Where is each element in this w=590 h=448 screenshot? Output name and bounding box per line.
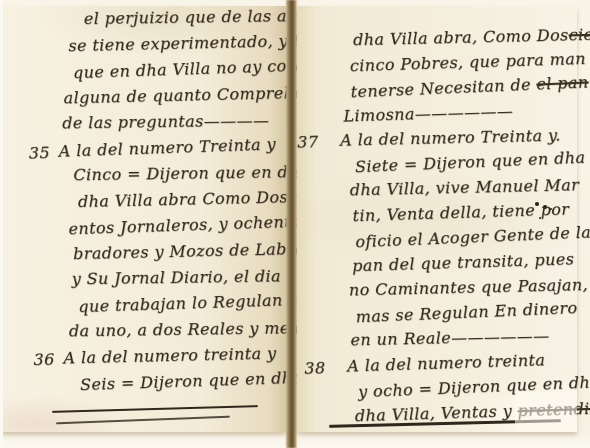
line-text: A la del numero Treinta y. [340,126,561,150]
paper-highlight [515,392,577,432]
left-page: el perjuizio que de las aguasse tiene ex… [2,6,286,432]
struck-text: cientos [568,24,590,44]
entry-number-36: 36 [33,350,55,369]
manuscript-line: Seis = Dijeron que en dha [80,368,283,401]
manuscript-scan: el perjuizio que de las aguasse tiene ex… [0,0,590,448]
entry-number-37: 37 [297,132,319,151]
entry-number-35: 35 [28,143,50,163]
right-page: dha Villa abra, Como Doscientoscinco Pob… [297,6,577,432]
manuscript-line: Cinco = Dijeron que en dha [73,162,277,191]
line-text: dha Villa, vive Manuel Mar [350,175,580,199]
ink-rule [52,405,258,413]
line-text: A la del numero treinta y [63,344,276,368]
manuscript-line: el perjuizio que de las aguas [84,6,274,35]
struck-text: el pan [536,72,589,93]
left-page-text: el perjuizio que de las aguasse tiene ex… [56,6,283,401]
scan-edge [0,0,3,448]
line-text: dha Villa abra Como Dosci [78,187,303,211]
manuscript-line: bradores y Mozos de Labranza, [73,240,280,271]
line-text: dha Villa abra, Como Dos [353,25,569,49]
line-text: Limosna—————— [343,101,513,125]
manuscript-line: da uno, a dos Reales y medio— [69,318,281,347]
line-text: no Caminantes que Pasajan, [349,275,589,299]
line-text: y Su Jornal Diario, el dia [72,266,281,288]
entry-number-38: 38 [304,358,326,378]
right-page-text: dha Villa abra, Como Doscientoscinco Pob… [337,25,575,432]
ink-dots [535,202,539,206]
line-text: de las preguntas———— [62,111,269,133]
line-text: Cinco = Dijeron que en dha [73,162,309,184]
book-gutter [286,0,297,448]
line-text: en un Reale—————— [350,326,549,350]
manuscript-line: alguna de quanto Comprehen [63,84,276,115]
ink-rule [56,416,230,425]
